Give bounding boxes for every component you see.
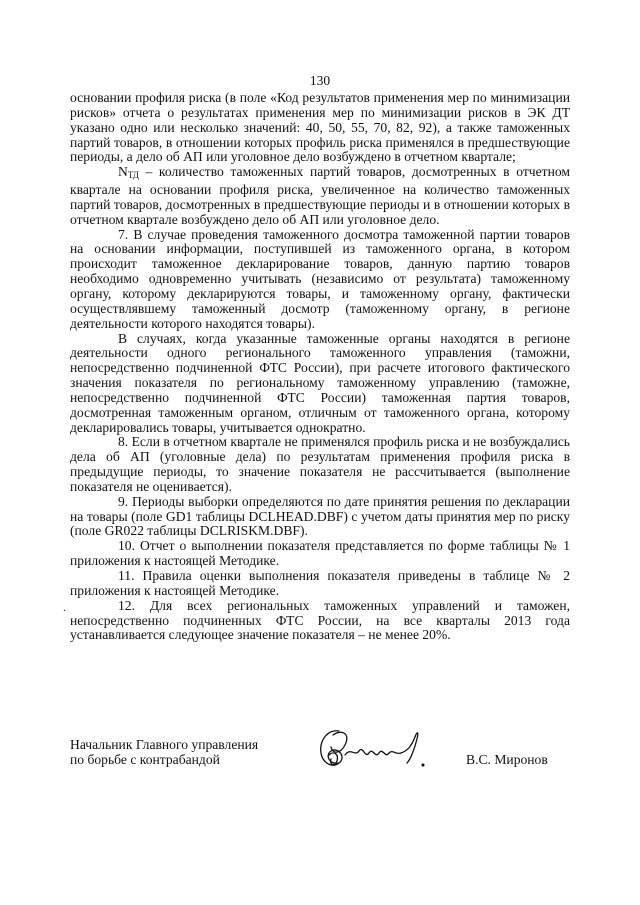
signature-block: Начальник Главного управления по борьбе … [70,737,570,797]
document-body: основании профиля риска (в поле «Код рез… [70,91,570,643]
definition-text: – количество таможенных партий товаров, … [70,164,570,227]
handwritten-signature-icon [311,725,441,773]
signer-position: Начальник Главного управления по борьбе … [70,737,258,767]
symbol-subscript: ТД [128,170,139,180]
paragraph-item-7: 7. В случае проведения таможенного досмо… [70,228,570,332]
paragraph-item-10: 10. Отчет о выполнении показателя предст… [70,539,570,569]
page-number: 130 [0,73,640,89]
paragraph-item-11: 11. Правила оценки выполнения показателя… [70,569,570,599]
scan-artifact-dot: . [63,600,66,615]
position-line-1: Начальник Главного управления [70,737,258,752]
signer-name: В.С. Миронов [466,752,548,767]
symbol-n: N [118,164,128,179]
paragraph-cases: В случаях, когда указанные таможенные ор… [70,332,570,436]
paragraph-ntd-definition: NТД – количество таможенных партий товар… [70,165,570,227]
paragraph-item-12: 12. Для всех региональных таможенных упр… [70,599,570,644]
paragraph-item-9: 9. Периоды выборки определяются по дате … [70,495,570,540]
position-line-2: по борьбе с контрабандой [70,752,258,767]
paragraph-item-8: 8. Если в отчетном квартале не применялс… [70,435,570,494]
paragraph-continuation: основании профиля риска (в поле «Код рез… [70,91,570,165]
